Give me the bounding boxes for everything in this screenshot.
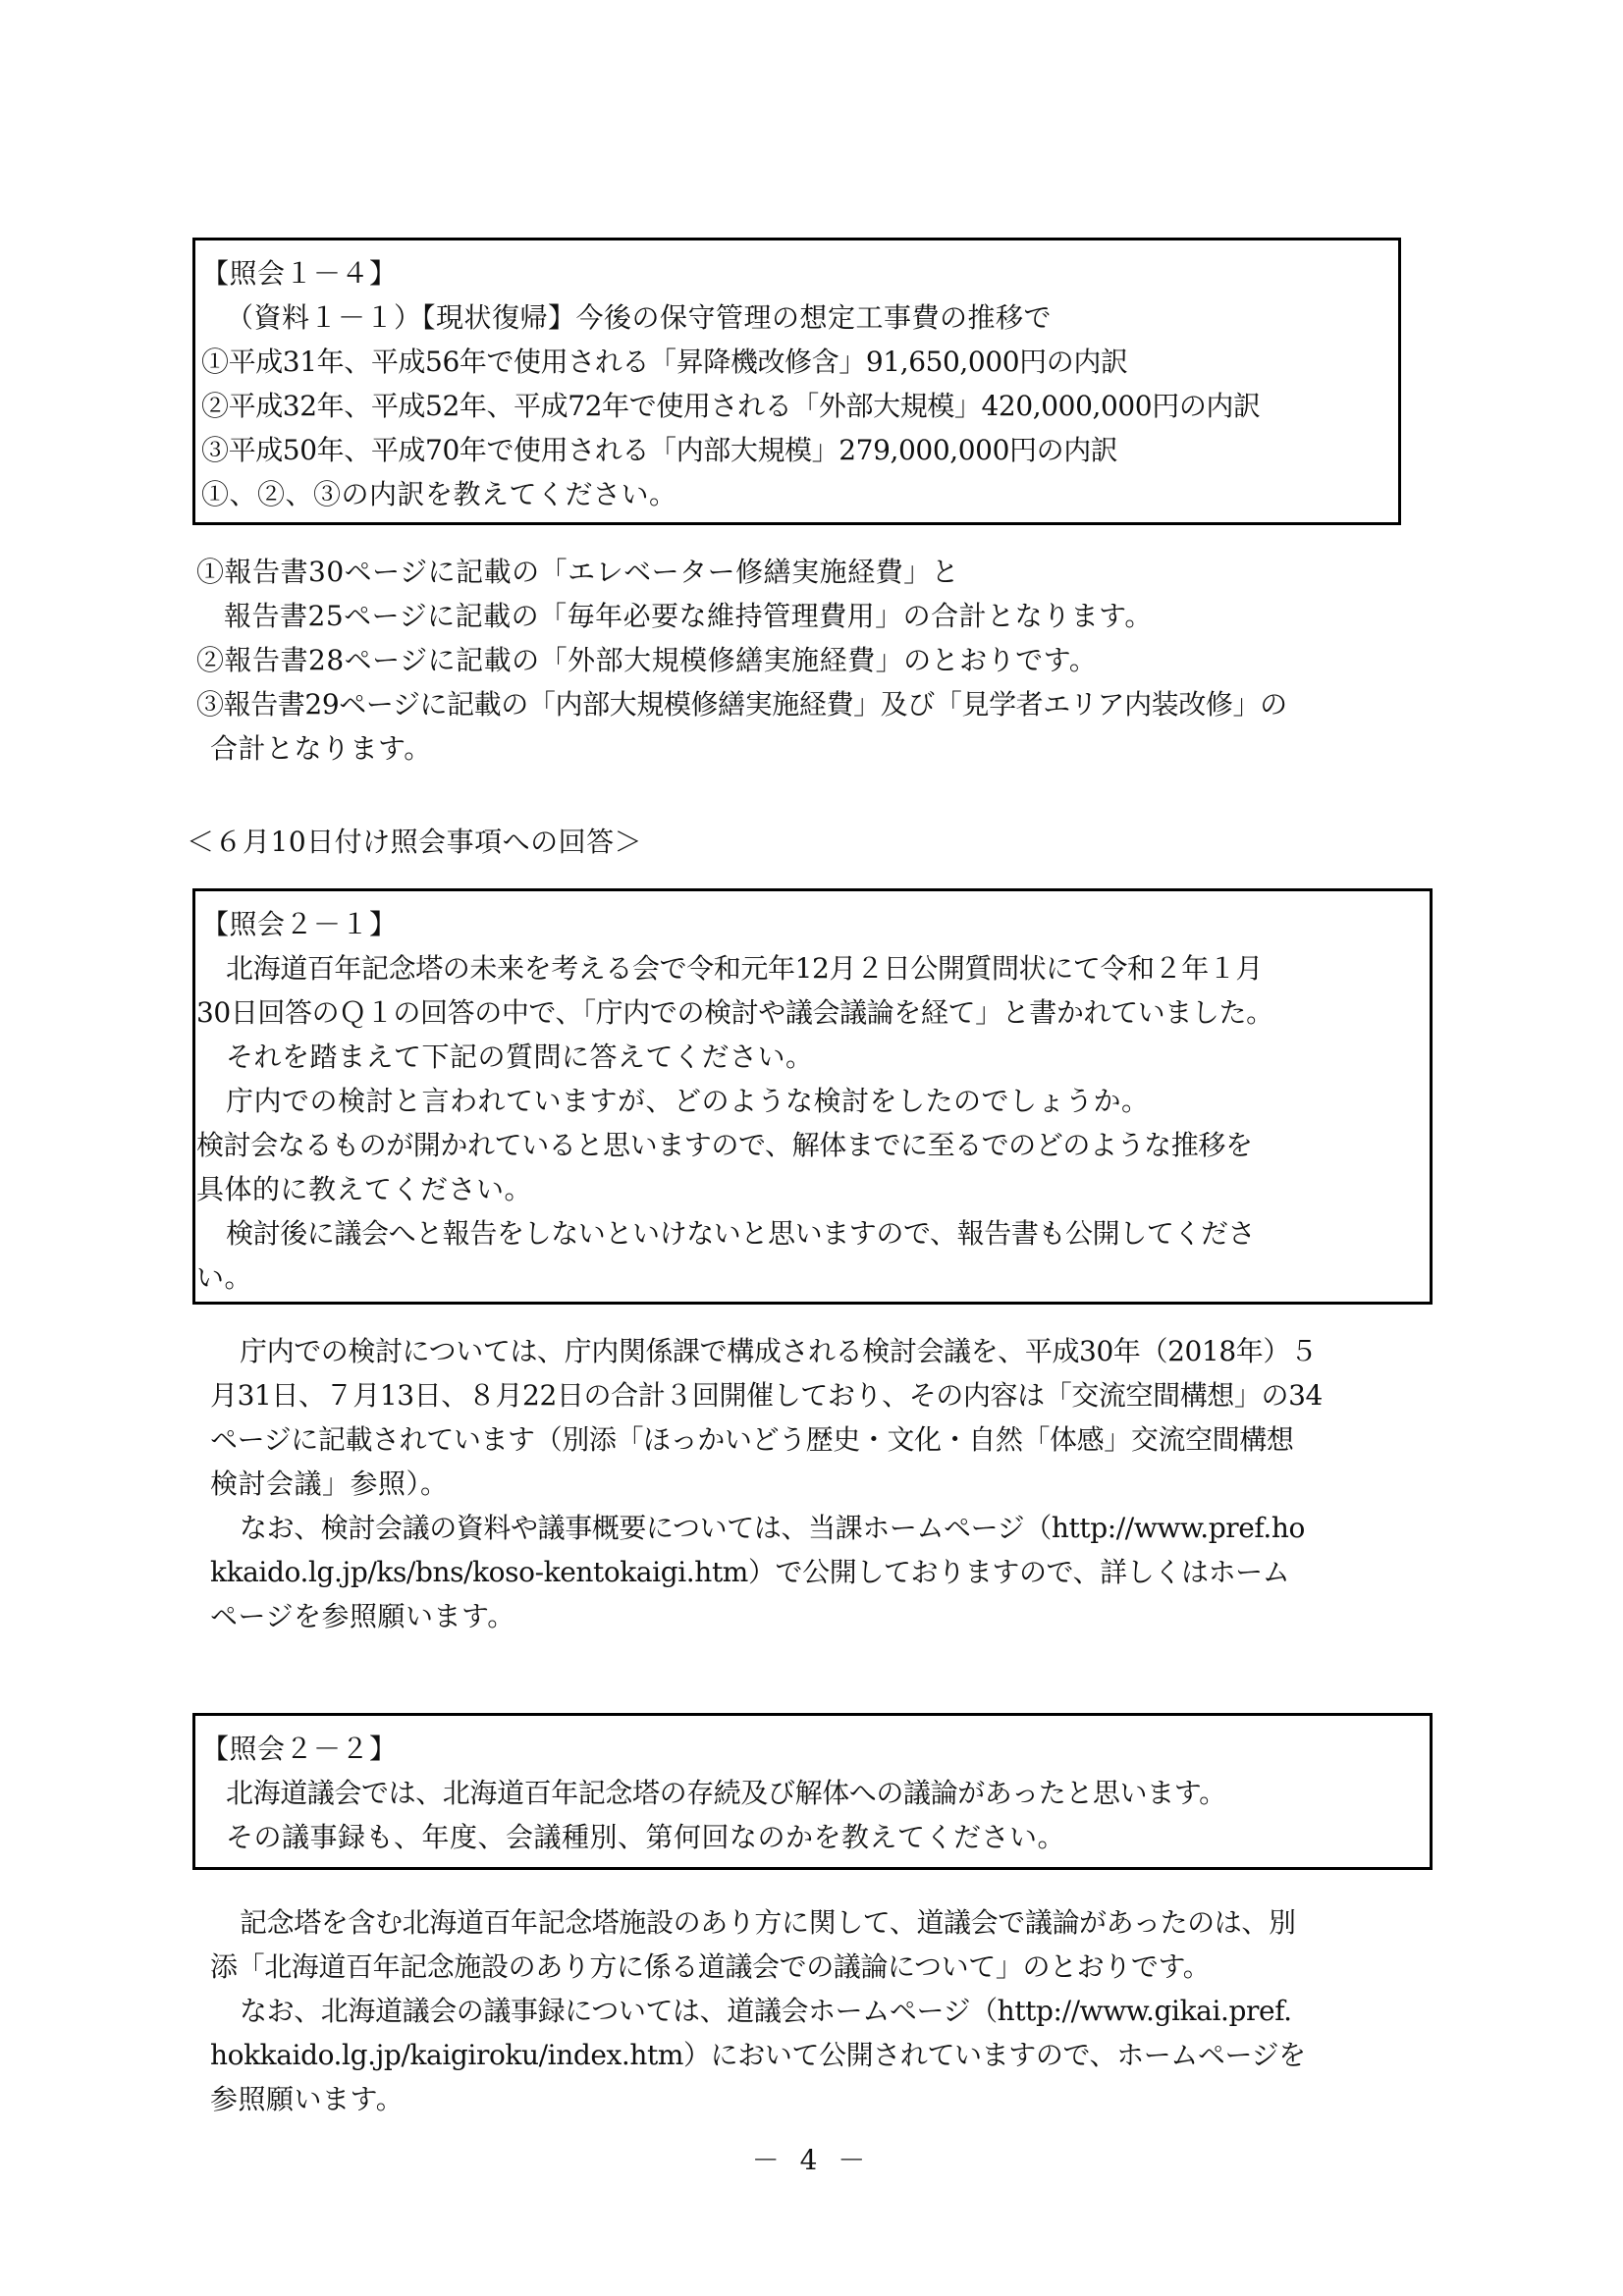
inquiry-text: それを踏まえて下記の質問に答えてください。 [226,1041,814,1074]
inquiry-text: 北海道議会では、北海道百年記念塔の存続及び解体への議論があったと思います。 [226,1777,1226,1810]
inquiry-text: 具体的に教えてください。 [196,1173,532,1206]
answer-text: 記念塔を含む北海道百年記念塔施設のあり方に関して、道議会で議論があったのは、別 [240,1906,1296,1940]
inquiry-text: 検討後に議会へと報告をしないといけないと思いますので、報告書も公開してくださ [226,1217,1255,1251]
inquiry-text: 30日回答のＱ１の回答の中で、「庁内での検討や議会議論を経て」と書かれていました… [196,996,1273,1030]
inquiry-text: ①平成31年、平成56年で使用される「昇降機改修含」91,650,000円の内訳 [201,346,1128,379]
document-page: 【照会１－４】 （資料１－１）【現状復帰】今後の保守管理の想定工事費の推移で ①… [0,0,1623,2296]
inquiry-title: 【照会２－１】 [201,908,398,941]
answer-text: 庁内での検討については、庁内関係課で構成される検討会議を、平成30年（2018年… [240,1335,1318,1368]
answer-text: kkaido.lg.jp/ks/bns/koso-kentokaigi.htm）… [210,1556,1289,1589]
answer-text: 月31日、７月13日、８月22日の合計３回開催しており、その内容は「交流空間構想… [210,1379,1323,1413]
answer-text: 参照願います。 [210,2083,404,2116]
inquiry-text: ③平成50年、平成70年で使用される「内部大規模」279,000,000円の内訳 [201,434,1117,467]
answer-text: ページに記載されています（別添「ほっかいどう歴史・文化・自然「体感」交流空間構想 [210,1423,1293,1457]
answer-text: ③報告書29ページに記載の「内部大規模修繕実施経費」及び「見学者エリア内装改修」… [196,688,1287,721]
answer-text: ②報告書28ページに記載の「外部大規模修繕実施経費」のとおりです。 [196,644,1097,677]
inquiry-text: 庁内での検討と言われていますが、どのような検討をしたのでしょうか。 [226,1085,1150,1118]
answer-text: 報告書25ページに記載の「毎年必要な維持管理費用」の合計となります。 [224,600,1153,633]
inquiry-text: 検討会なるものが開かれていると思いますので、解体までに至るでのどのような推移を [196,1129,1253,1162]
answer-text: hokkaido.lg.jp/kaigiroku/index.htm）において公… [210,2039,1306,2072]
inquiry-text: 北海道百年記念塔の未来を考える会で令和元年12月２日公開質問状にて令和２年１月 [226,952,1263,986]
inquiry-text: （資料１－１）【現状復帰】今後の保守管理の想定工事費の推移で [226,301,1052,335]
inquiry-text: い。 [196,1261,252,1295]
answer-text: なお、検討会議の資料や議事概要については、当課ホームページ（http://www… [240,1512,1305,1545]
inquiry-text: ②平成32年、平成52年、平成72年で使用される「外部大規模」420,000,0… [201,390,1261,423]
page-number: － 4 － [0,2144,1623,2177]
section-heading: ＜６月10日付け照会事項への回答＞ [187,826,642,859]
inquiry-title: 【照会１－４】 [201,257,398,291]
inquiry-text: ①、②、③の内訳を教えてください。 [201,478,677,511]
inquiry-text: その議事録も、年度、会議種別、第何回なのかを教えてください。 [226,1821,1065,1854]
answer-text: ①報告書30ページに記載の「エレベーター修繕実施経費」と [196,556,959,589]
answer-text: ページを参照願います。 [210,1600,515,1633]
answer-text: 検討会議」参照）。 [210,1468,449,1501]
inquiry-title: 【照会２－２】 [201,1733,398,1766]
answer-text: 合計となります。 [210,732,432,766]
answer-text: なお、北海道議会の議事録については、道議会ホームページ（http://www.g… [240,1995,1292,2028]
answer-text: 添「北海道百年記念施設のあり方に係る道議会での議論について」のとおりです。 [210,1950,1210,1984]
